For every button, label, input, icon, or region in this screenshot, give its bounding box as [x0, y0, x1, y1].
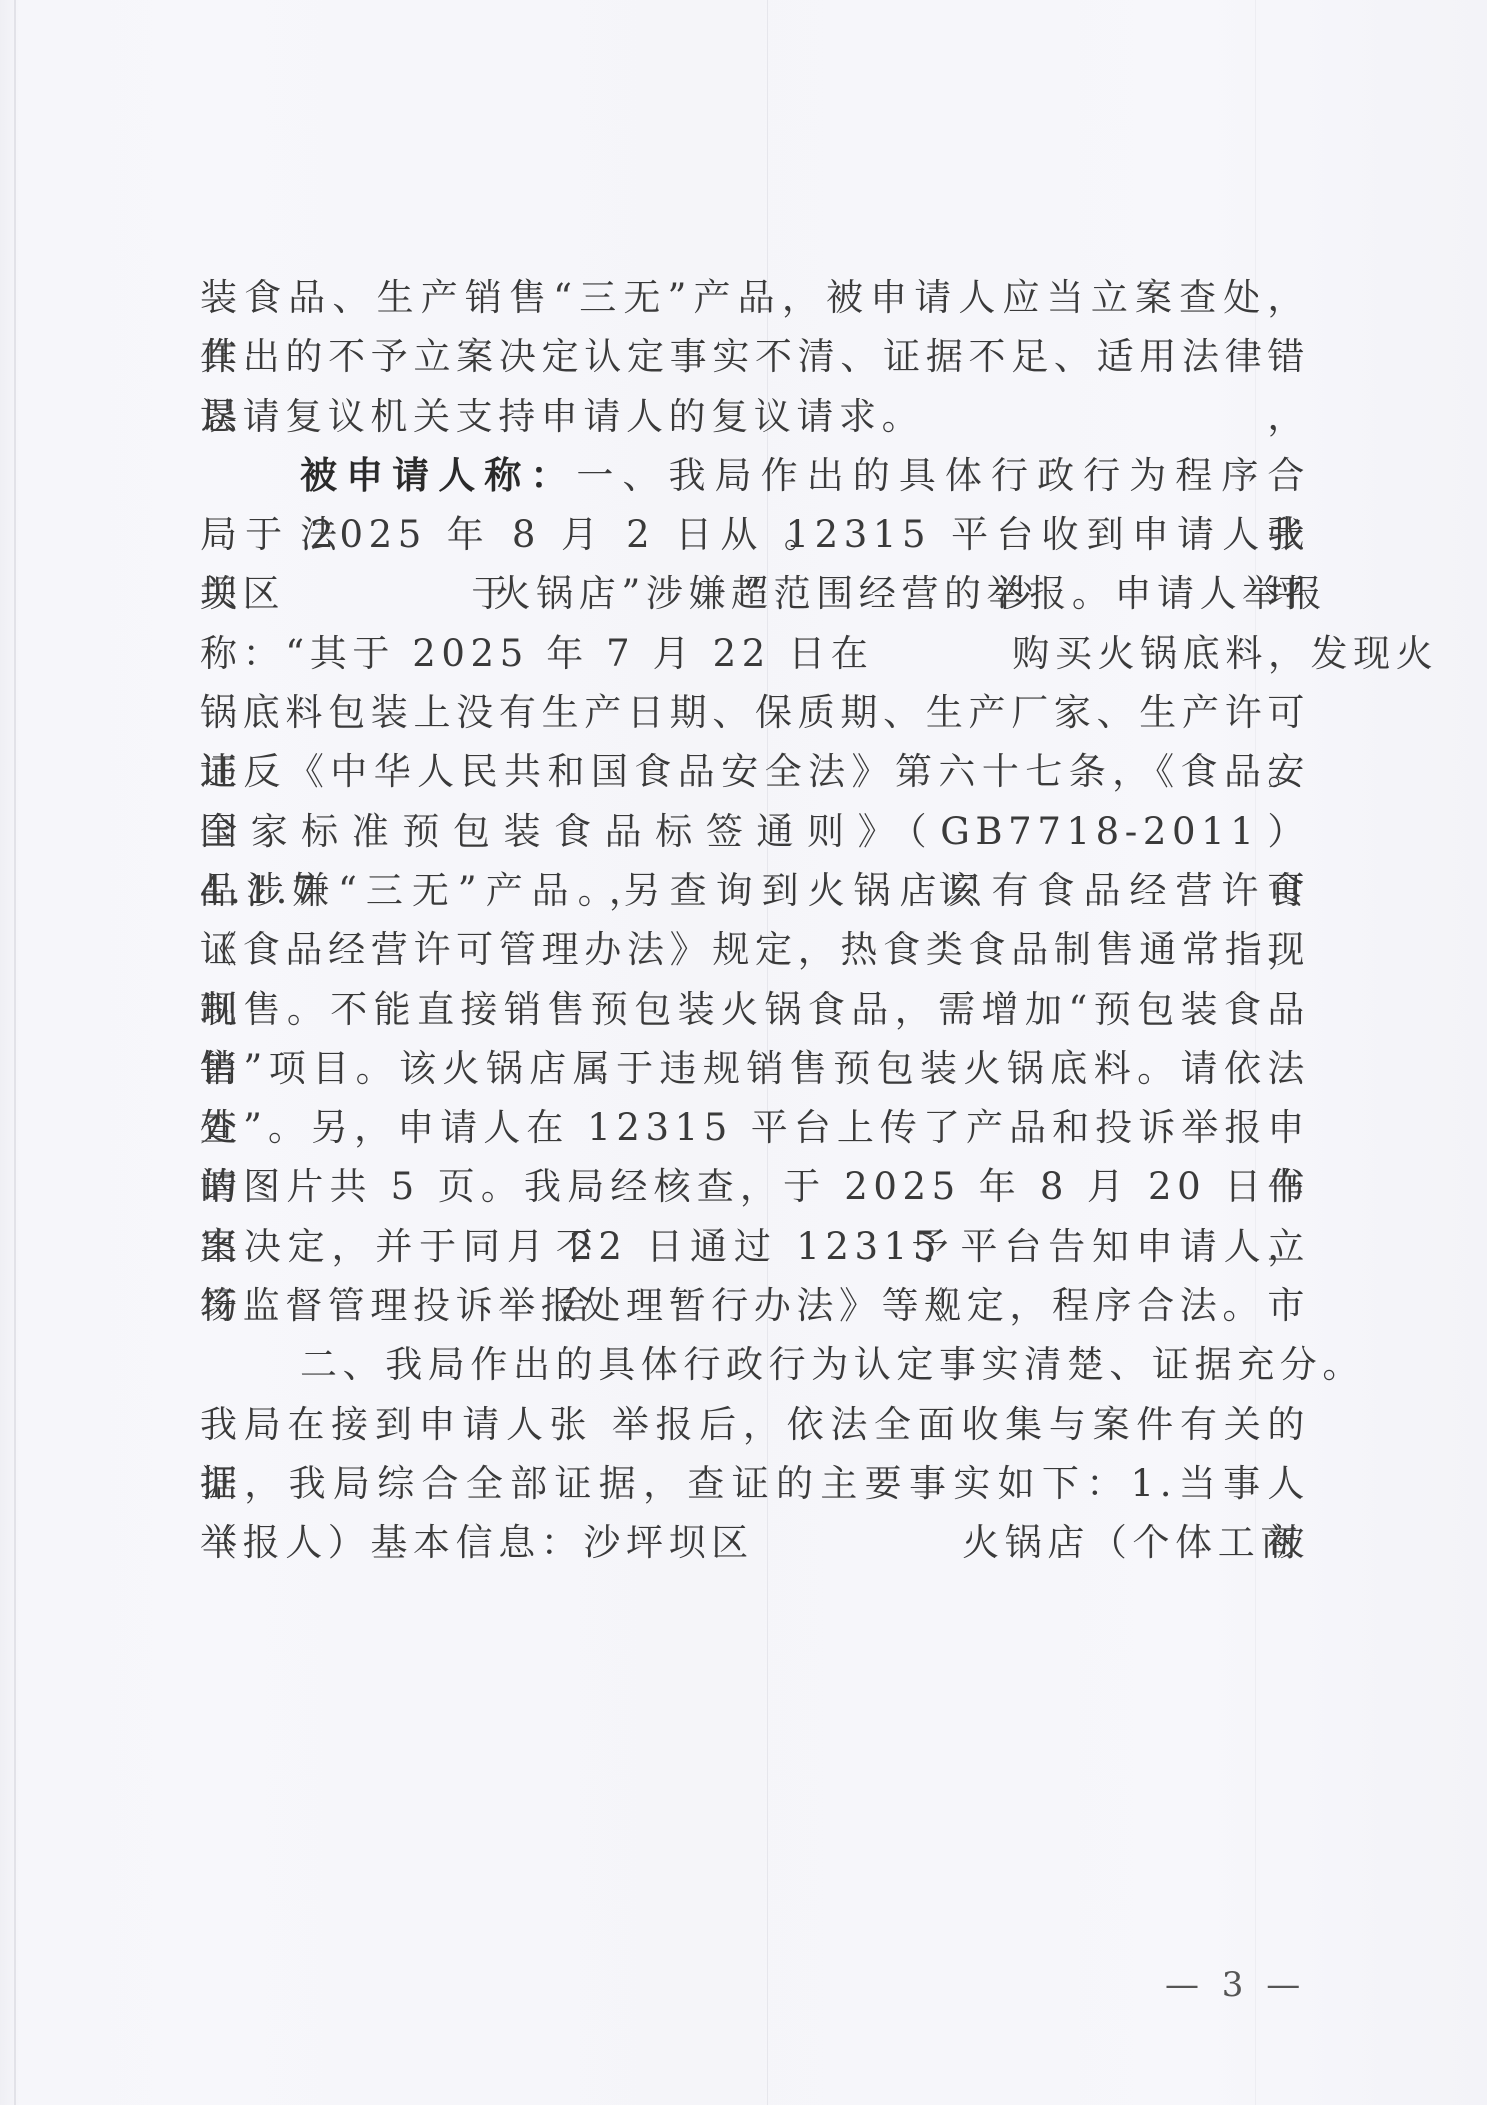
- scan-edge: [14, 0, 16, 2105]
- text-line: 场监督管理投诉举报处理暂行办法》等规定，程序合法。: [200, 1276, 1310, 1335]
- text-line: 现售。不能直接销售预包装火锅食品，需增加“预包装食品销: [200, 980, 1310, 1039]
- text-line: 案决定，并于同月 22 日通过 12315 平台告知申请人，符合《市: [200, 1217, 1310, 1276]
- section-label: 被申请人称：: [300, 454, 576, 497]
- text-line: 锅底料包装上没有生产日期、保质期、生产厂家、生产许可证。: [200, 683, 1310, 742]
- text-line: 据，我局综合全部证据，查证的主要事实如下：1.当事人（被: [200, 1454, 1310, 1513]
- line-text: 坝区 火锅店”涉嫌超范围经营的举报。申请人举报: [200, 572, 1327, 615]
- line-text: 二、我局作出的具体行政行为认定事实清楚、证据充分。: [300, 1343, 1365, 1386]
- text-line: 举报人）基本信息：沙坪坝区 火锅店（个体工商: [200, 1513, 1310, 1572]
- text-line: 国家标准预包装食品标签通则》（GB7718-2011）4.1.7，该食: [200, 802, 1310, 861]
- text-line: 处”。另，申请人在 12315 平台上传了产品和投诉举报申请书: [200, 1098, 1310, 1157]
- text-line: 《食品经营许可管理办法》规定，热食类食品制售通常指现制: [200, 920, 1310, 979]
- line-text: 举报人）基本信息：沙坪坝区 火锅店（个体工商: [200, 1521, 1303, 1564]
- text-line: 装食品、生产销售“三无”产品，被申请人应当立案查处，其: [200, 268, 1310, 327]
- text-line: 坝区 火锅店”涉嫌超范围经营的举报。申请人举报: [200, 564, 1310, 623]
- text-line: 品涉嫌“三无”产品。另查询到火锅店只有食品经营许可证，: [200, 861, 1310, 920]
- text-line: 二、我局作出的具体行政行为认定事实清楚、证据充分。: [200, 1335, 1310, 1394]
- body-text: 装食品、生产销售“三无”产品，被申请人应当立案查处，其作出的不予立案决定认定事实…: [200, 268, 1310, 1573]
- line-text: 场监督管理投诉举报处理暂行办法》等规定，程序合法。: [200, 1284, 1265, 1327]
- text-line: 售”项目。该火锅店属于违规销售预包装火锅底料。请依法查: [200, 1039, 1310, 1098]
- text-line: 被申请人称：一、我局作出的具体行政行为程序合法。我: [200, 446, 1310, 505]
- text-line: 的图片共 5 页。我局经核查，于 2025 年 8 月 20 日作出不予立: [200, 1157, 1310, 1216]
- text-line: 我局在接到申请人张 举报后，依法全面收集与案件有关的证: [200, 1395, 1310, 1454]
- page-number: — 3 —: [1165, 1965, 1306, 2005]
- text-line: 违反《中华人民共和国食品安全法》第六十七条，《食品安全: [200, 742, 1310, 801]
- line-text: 称：“其于 2025 年 7 月 22 日在 购买火锅底料，发现火: [200, 632, 1438, 675]
- line-text: 恳请复议机关支持申请人的复议请求。: [200, 395, 924, 438]
- document-page: 装食品、生产销售“三无”产品，被申请人应当立案查处，其作出的不予立案决定认定事实…: [0, 0, 1487, 2105]
- text-line: 称：“其于 2025 年 7 月 22 日在 购买火锅底料，发现火: [200, 624, 1310, 683]
- text-line: 作出的不予立案决定认定事实不清、证据不足、适用法律错误，: [200, 327, 1310, 386]
- text-line: 局于 2025 年 8 月 2 日从 12315 平台收到申请人张 关于“沙坪: [200, 505, 1310, 564]
